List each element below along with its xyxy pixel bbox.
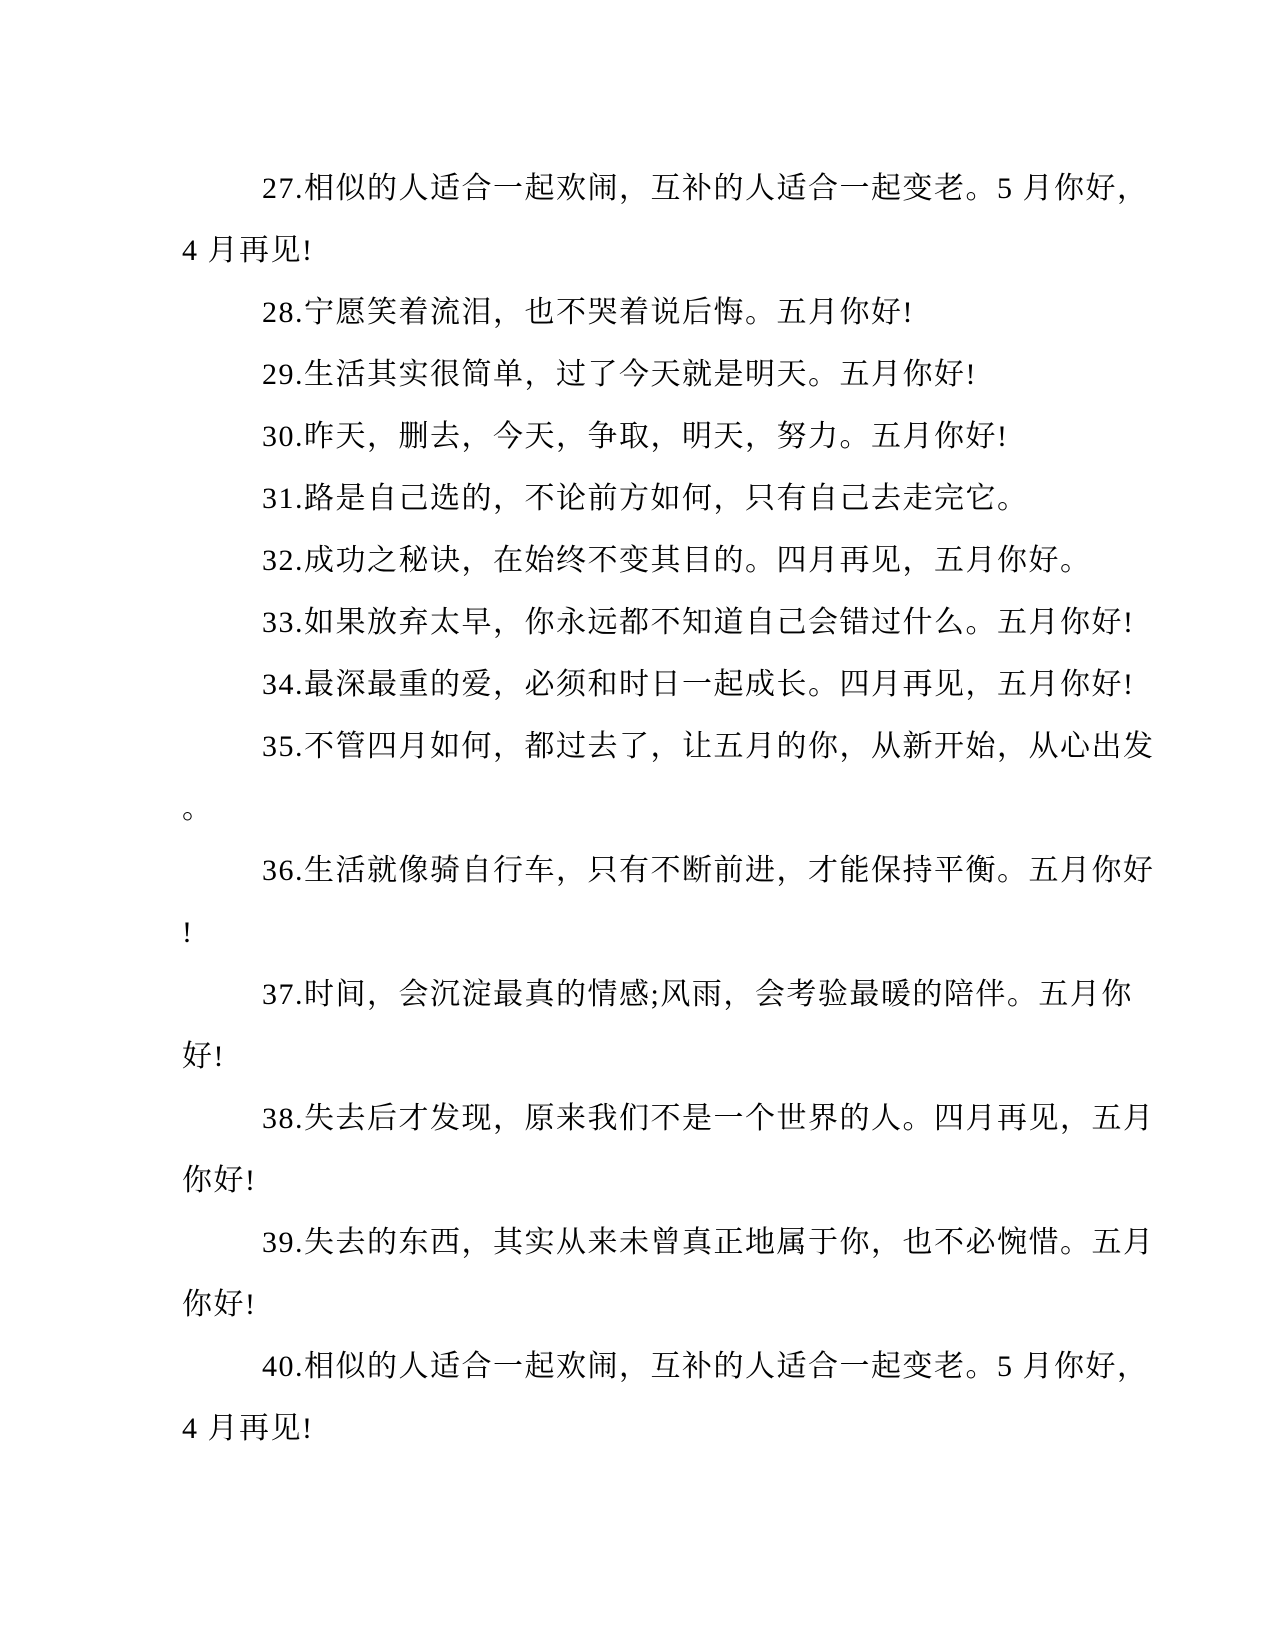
text-line: 39.失去的东西，其实从来未曾真正地属于你，也不必惋惜。五月 (182, 1212, 1102, 1274)
text-line: 你好! (182, 1150, 1102, 1212)
paragraph-40: 40.相似的人适合一起欢闹，互补的人适合一起变老。5 月你好， 4 月再见! (182, 1336, 1102, 1460)
text-line: 你好! (182, 1274, 1102, 1336)
document-content: 27.相似的人适合一起欢闹，互补的人适合一起变老。5 月你好， 4 月再见! 2… (182, 158, 1102, 1460)
text-line: 好! (182, 1026, 1102, 1088)
paragraph-31: 31.路是自己选的，不论前方如何，只有自己去走完它。 (182, 468, 1102, 530)
text-line: 4 月再见! (182, 1398, 1102, 1460)
paragraph-29: 29.生活其实很简单，过了今天就是明天。五月你好! (182, 344, 1102, 406)
text-line: 34.最深最重的爱，必须和时日一起成长。四月再见，五月你好! (182, 654, 1102, 716)
text-line: 31.路是自己选的，不论前方如何，只有自己去走完它。 (182, 468, 1102, 530)
text-line: 32.成功之秘诀，在始终不变其目的。四月再见，五月你好。 (182, 530, 1102, 592)
paragraph-38: 38.失去后才发现，原来我们不是一个世界的人。四月再见，五月 你好! (182, 1088, 1102, 1212)
text-line: ! (182, 902, 1102, 964)
paragraph-27: 27.相似的人适合一起欢闹，互补的人适合一起变老。5 月你好， 4 月再见! (182, 158, 1102, 282)
text-line: 4 月再见! (182, 220, 1102, 282)
paragraph-35: 35.不管四月如何，都过去了，让五月的你，从新开始，从心出发 。 (182, 716, 1102, 840)
paragraph-30: 30.昨天，删去，今天，争取，明天，努力。五月你好! (182, 406, 1102, 468)
text-line: 29.生活其实很简单，过了今天就是明天。五月你好! (182, 344, 1102, 406)
text-line: 38.失去后才发现，原来我们不是一个世界的人。四月再见，五月 (182, 1088, 1102, 1150)
paragraph-39: 39.失去的东西，其实从来未曾真正地属于你，也不必惋惜。五月 你好! (182, 1212, 1102, 1336)
paragraph-34: 34.最深最重的爱，必须和时日一起成长。四月再见，五月你好! (182, 654, 1102, 716)
paragraph-33: 33.如果放弃太早，你永远都不知道自己会错过什么。五月你好! (182, 592, 1102, 654)
text-line: 28.宁愿笑着流泪，也不哭着说后悔。五月你好! (182, 282, 1102, 344)
document-page: 27.相似的人适合一起欢闹，互补的人适合一起变老。5 月你好， 4 月再见! 2… (0, 0, 1275, 1650)
paragraph-32: 32.成功之秘诀，在始终不变其目的。四月再见，五月你好。 (182, 530, 1102, 592)
paragraph-36: 36.生活就像骑自行车，只有不断前进，才能保持平衡。五月你好 ! (182, 840, 1102, 964)
paragraph-37: 37.时间，会沉淀最真的情感;风雨，会考验最暖的陪伴。五月你 好! (182, 964, 1102, 1088)
paragraph-28: 28.宁愿笑着流泪，也不哭着说后悔。五月你好! (182, 282, 1102, 344)
text-line: 。 (182, 778, 1102, 840)
text-line: 30.昨天，删去，今天，争取，明天，努力。五月你好! (182, 406, 1102, 468)
text-line: 36.生活就像骑自行车，只有不断前进，才能保持平衡。五月你好 (182, 840, 1102, 902)
text-line: 37.时间，会沉淀最真的情感;风雨，会考验最暖的陪伴。五月你 (182, 964, 1102, 1026)
text-line: 33.如果放弃太早，你永远都不知道自己会错过什么。五月你好! (182, 592, 1102, 654)
text-line: 40.相似的人适合一起欢闹，互补的人适合一起变老。5 月你好， (182, 1336, 1102, 1398)
text-line: 27.相似的人适合一起欢闹，互补的人适合一起变老。5 月你好， (182, 158, 1102, 220)
text-line: 35.不管四月如何，都过去了，让五月的你，从新开始，从心出发 (182, 716, 1102, 778)
